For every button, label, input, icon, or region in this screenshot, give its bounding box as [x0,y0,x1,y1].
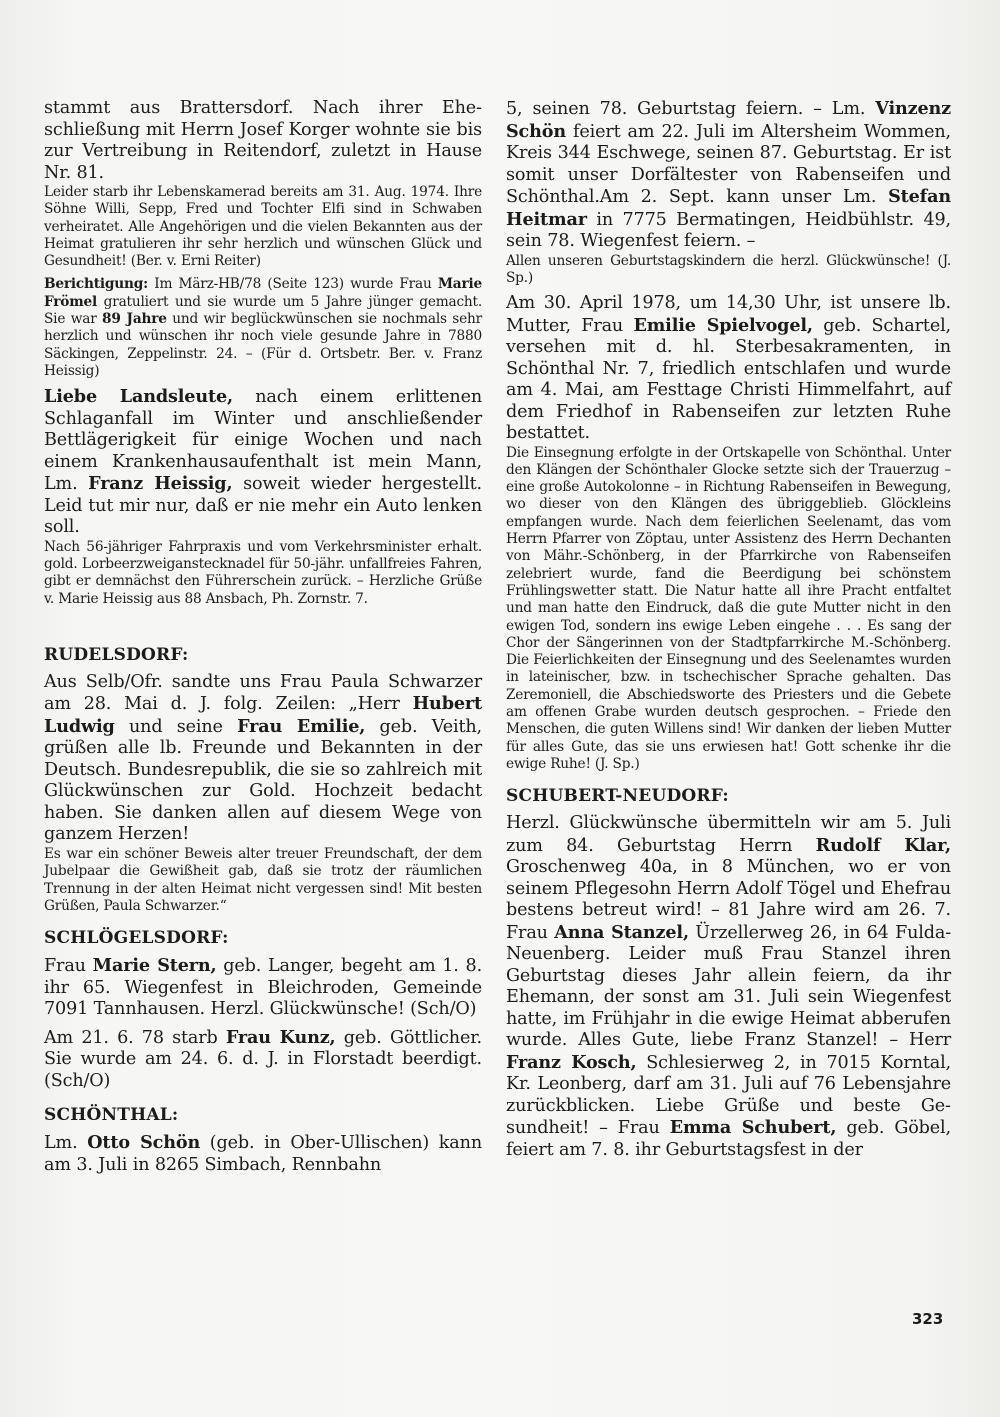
section-heading-rudelsdorf: RUDELSDORF: [44,644,482,666]
berichtigung-label: Berichtigung: [44,276,148,292]
person-name: Anna Stanzel, [554,922,689,943]
paragraph-berichtigung: Berichtigung: Im März-HB/78 (Seite 123) … [44,276,482,380]
left-column: stammt aus Brattersdorf. Nach ihrer Ehe­… [44,98,482,1176]
paragraph-emilie-spielvogel: Am 30. April 1978, um 14,30 Uhr, ist uns… [506,293,951,445]
magazine-page: stammt aus Brattersdorf. Nach ihrer Ehe­… [0,0,1000,1417]
person-name: Emilie Spielvogel, [633,315,812,336]
person-name: Rudolf Klar, [816,835,951,856]
paragraph-einsegnung: Die Einsegnung erfolgte in der Ortskapel… [506,445,951,774]
paragraph-frau-kunz: Am 21. 6. 78 starb Frau Kunz, geb. Göttl… [44,1027,482,1093]
person-name: Emma Schubert, [670,1117,837,1138]
page-number: 323 [912,1310,943,1328]
paragraph-brattersdorf: stammt aus Brattersdorf. Nach ihrer Ehe­… [44,98,482,184]
paragraph-vinzenz-schoen: 5, seinen 78. Geburtstag feiern. – Lm. V… [506,98,951,253]
section-heading-schloegelsdorf: SCHLÖGELSDORF: [44,927,482,949]
person-name: Franz Heissig, [88,473,232,494]
paragraph-freundschaft: Es war ein schöner Beweis alter treuer F… [44,846,482,915]
paragraph-liebe-landsleute: Liebe Landsleute, nach einem erlittenen … [44,386,482,539]
right-column: 5, seinen 78. Geburtstag feiern. – Lm. V… [506,98,951,1161]
paragraph-fahrpraxis: Nach 56-jähriger Fahrpraxis und vom Verk… [44,539,482,608]
person-name: Otto Schön [87,1132,200,1153]
age-highlight: 89 Jahre [102,311,167,327]
person-name: Frau Emilie, [237,716,365,737]
person-name: Franz Kosch, [506,1052,636,1073]
section-heading-schoenthal: SCHÖNTHAL: [44,1104,482,1126]
paragraph-schubert-neudorf: Herzl. Glückwünsche übermitteln wir am 5… [506,813,951,1161]
paragraph-otto-schoen: Lm. Otto Schön (geb. in Ober-Ullischen) … [44,1132,482,1176]
paragraph-lebenskamerad: Leider starb ihr Lebenskamerad bereits a… [44,184,482,270]
person-name: Frau Kunz, [226,1027,336,1048]
greeting: Liebe Landsleute, [44,386,233,407]
person-name: Marie Stern, [93,955,217,976]
paragraph-marie-stern: Frau Marie Stern, geb. Langer, begeht am… [44,955,482,1021]
paragraph-rudelsdorf: Aus Selb/Ofr. sandte uns Frau Paula Schw… [44,672,482,846]
section-heading-schubert-neudorf: SCHUBERT-NEUDORF: [506,785,951,807]
paragraph-geburtstagskinder: Allen unseren Geburtstagskindern die her… [506,253,951,288]
